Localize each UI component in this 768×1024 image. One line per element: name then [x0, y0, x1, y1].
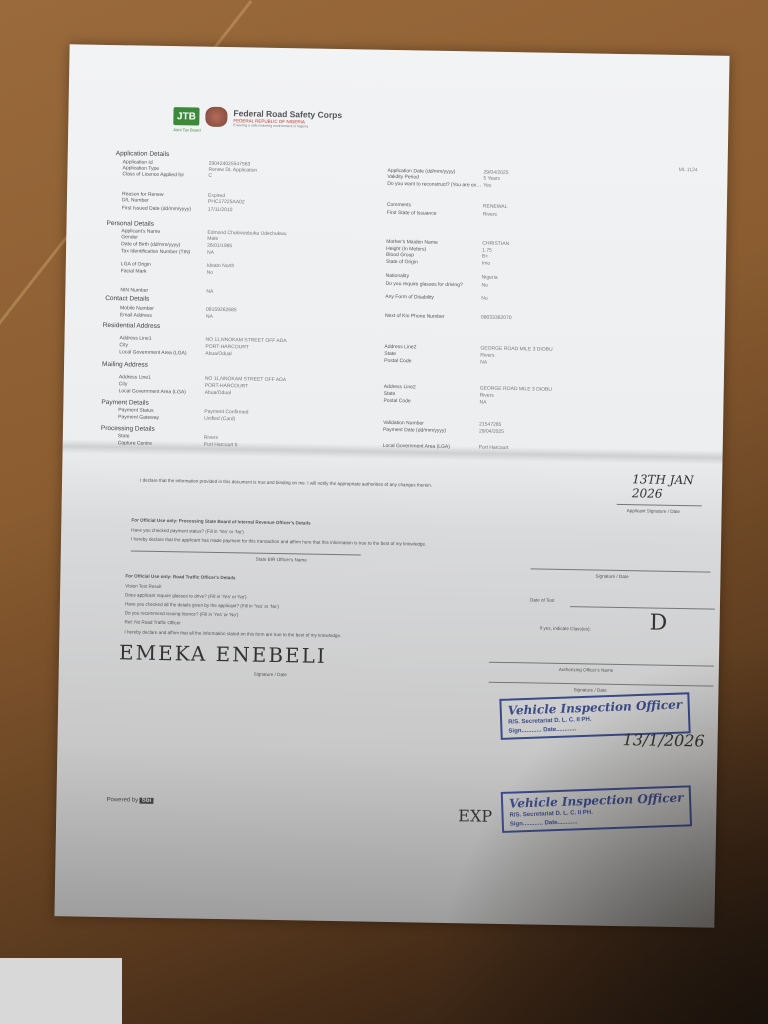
section-contact-details: Contact Details [105, 295, 149, 303]
field-value: Abua/Odual [205, 390, 232, 396]
field-label: NIN Number [120, 287, 206, 295]
field-value: Edmond Chukwuebuka Udechukwu [207, 230, 286, 237]
field-value: Port Harcourt [479, 445, 509, 452]
field-row: Do you want to reconstruct? (You are exp… [387, 181, 491, 189]
field-value: 21547285 [479, 422, 501, 428]
field-value: Yes [483, 183, 491, 189]
field-value: C [208, 173, 212, 179]
other-paper-corner [0, 958, 122, 1024]
declaration-text: I declare that the information provided … [140, 478, 432, 488]
rto-checked: Have you checked all the details given b… [125, 601, 279, 609]
field-row: NIN NumberNA [120, 287, 213, 295]
field-label: Local Government Area (LGA) [119, 349, 205, 356]
auth-signature-line [489, 682, 714, 687]
field-value: Nigeria [482, 275, 498, 281]
field-value: Male [207, 236, 218, 242]
field-label: Postal Code [384, 358, 480, 366]
field-value: Rivers [204, 435, 218, 441]
section-personal-details: Personal Details [106, 220, 153, 228]
auth-signature-label: Signature / Date [573, 687, 606, 693]
field-value: Rivers [483, 212, 497, 218]
field-value: CHRISTIAN [482, 241, 509, 247]
field-value: 17/11/2010 [208, 207, 233, 213]
powered-by: Powered by Sbi [106, 797, 153, 804]
reference-code: ML 1124 [679, 167, 698, 173]
section-processing-details: Processing Details [101, 425, 155, 433]
field-label: Nationality [386, 273, 482, 281]
field-value: 26/01/1985 [207, 243, 232, 249]
field-row: D/L NumberPHC17225AA02 [122, 197, 245, 205]
powered-by-label: Powered by [106, 797, 138, 804]
field-row: State of OriginImo [386, 259, 490, 267]
field-value: 08159262685 [206, 307, 237, 314]
jtb-caption: Joint Tax Board [173, 127, 201, 132]
field-value: No [481, 296, 488, 302]
field-value: NA [206, 289, 213, 295]
field-row: Tax Identification Number (TIN)NA [121, 248, 214, 256]
field-label: Next of Kin Phone Number [385, 313, 481, 321]
field-value: PORT-HARCOURT [205, 344, 249, 351]
rto-affirm: I hereby declare and affirm that all the… [124, 629, 341, 638]
field-value: GEORGE ROAD MILE 3 DIOBU [480, 346, 552, 353]
class-handwriting: D [649, 611, 667, 636]
field-value: PHC17225AA02 [208, 199, 245, 206]
stamp-1-hand-date: 13/1/2026 [622, 730, 704, 750]
field-label: Email Address [120, 312, 206, 320]
birs-signature-line [531, 568, 711, 572]
field-value: 29/04/2025 [479, 429, 504, 435]
applicant-signature-label: Applicant Signature / Date [627, 508, 680, 514]
field-row: Postal CodeNA [383, 398, 486, 406]
field-value: RENEWAL [483, 204, 508, 210]
rto-section-title: For Official Use only: Road Traffic Offi… [125, 573, 235, 580]
field-label: Local Government Area (LGA) [119, 388, 205, 396]
field-label: Payment Gateway [118, 414, 204, 422]
birs-declaration: I hereby declare that the applicant has … [131, 536, 426, 546]
field-value: 08033362070 [481, 315, 512, 322]
field-row: Do you require glasses for driving?No [385, 281, 487, 289]
stamp-2-hand-note: EXP [458, 806, 492, 826]
field-row: Payment GatewayUnified (Card) [118, 414, 235, 422]
rto-signature-label: Signature / Date [254, 672, 287, 678]
birs-signature-label: Signature / Date [595, 574, 628, 580]
inspection-stamp-2: Vehicle Inspection Officer R/S. Secretar… [501, 785, 693, 833]
powered-by-brand: Sbi [140, 798, 153, 804]
field-value: Renew DL Application [208, 167, 257, 174]
field-value: Payment Confirmed [204, 409, 248, 416]
field-value: B+ [482, 254, 488, 260]
field-value: PORT-HARCOURT [205, 383, 249, 390]
field-label: Class of Licence Applied for [122, 171, 208, 179]
field-value: 5 Years [483, 176, 500, 182]
field-value: Ideato North [207, 263, 235, 269]
birs-section-title: For Official Use only: Processing State … [131, 517, 310, 525]
jtb-logo-icon: JTB [173, 107, 199, 125]
field-label: State of Origin [386, 259, 482, 267]
field-value: NA [207, 250, 214, 256]
field-row: Class of Licence Applied forC [122, 171, 212, 179]
field-row: Local Government Area (LGA)Abua/Odual [119, 349, 232, 357]
section-payment-details: Payment Details [101, 399, 148, 407]
field-row: NationalityNigeria [386, 273, 498, 281]
field-value: Port Harcourt II [204, 442, 238, 449]
field-row: Next of Kin Phone Number08033362070 [385, 313, 512, 321]
field-value: No [207, 270, 214, 276]
field-row: First Issued Date (dd/mm/yyyy)17/11/2010 [122, 205, 233, 213]
field-row: CommentsRENEWAL [387, 202, 508, 210]
field-label: First State of Issuance [387, 210, 483, 218]
field-label: Postal Code [383, 398, 479, 406]
field-value: Unified (Card) [204, 416, 235, 423]
date-of-test-label: Date of Test [530, 597, 555, 602]
field-value: NA [480, 360, 487, 366]
field-row: Postal CodeNA [384, 358, 487, 366]
field-row: Email AddressNA [120, 312, 213, 320]
field-label: Tax Identification Number (TIN) [121, 248, 207, 256]
field-row: Payment Date (dd/mm/yyyy)29/04/2025 [383, 427, 504, 435]
rto-recommend: Do you recommend issuing licence? (Fill … [125, 610, 239, 617]
field-label: Payment Date (dd/mm/yyyy) [383, 427, 479, 435]
org-tagline: Ensuring a safe motoring environment in … [233, 123, 342, 129]
field-row: Any Form of DisabilityNo [385, 294, 487, 302]
applicant-signature-handwriting: 13TH JAN 2026 [632, 472, 722, 502]
field-value: Abua/Odual [205, 351, 232, 357]
field-label: First Issued Date (dd/mm/yyyy) [122, 205, 208, 212]
field-label: Do you want to reconstruct? (You are exp… [387, 181, 483, 189]
field-value: NA [479, 400, 486, 406]
section-application-details: Application Details [116, 150, 170, 158]
authorizing-officer-label: Authorizing Officer's Name [559, 667, 614, 673]
field-label: Facial Mark [121, 268, 207, 276]
officer-name-handwriting: EMEKA ENEBELI [119, 640, 327, 668]
birs-question: Have you checked payment status? (Fill i… [131, 527, 244, 534]
rto-ref: Ref: No Road Traffic Officer [125, 619, 181, 625]
field-label: Do you require glasses for driving? [385, 281, 481, 289]
field-label: Comments [387, 202, 483, 210]
field-row: First State of IssuanceRivers [387, 210, 497, 218]
field-value: NA [206, 314, 213, 320]
birs-name-line [131, 550, 361, 555]
class-label: If yes, indicate Class(es): [539, 626, 590, 632]
application-form-page: JTB Joint Tax Board Federal Road Safety … [54, 44, 729, 927]
signature-line [617, 504, 702, 506]
field-value: Rivers [480, 353, 494, 359]
date-of-test-line [570, 606, 715, 610]
field-value: GEORGE ROAD MILE 3 DIOBU [480, 386, 552, 393]
rto-glasses: Does applicant require glasses to drive?… [125, 592, 247, 599]
rto-vision: Vision Test Result [125, 583, 161, 589]
section-mailing-address: Mailing Address [102, 361, 148, 369]
form-header: JTB Joint Tax Board Federal Road Safety … [173, 106, 342, 129]
form-fields: Application DetailsPersonal DetailsConta… [70, 44, 730, 56]
coat-of-arms-icon [205, 107, 227, 127]
field-value: Rivers [480, 393, 494, 399]
section-residential-address: Residential Address [103, 322, 161, 330]
birs-officer-name-label: State BIR Officer's Name [256, 557, 307, 563]
field-value: Imo [482, 261, 490, 267]
field-value: No [481, 283, 488, 289]
field-label: D/L Number [122, 197, 208, 205]
authorizing-line [489, 662, 714, 667]
field-row: Facial MarkNo [121, 268, 213, 276]
field-row: Local Government Area (LGA)Abua/Odual [119, 388, 232, 396]
field-label: Any Form of Disability [385, 294, 481, 302]
